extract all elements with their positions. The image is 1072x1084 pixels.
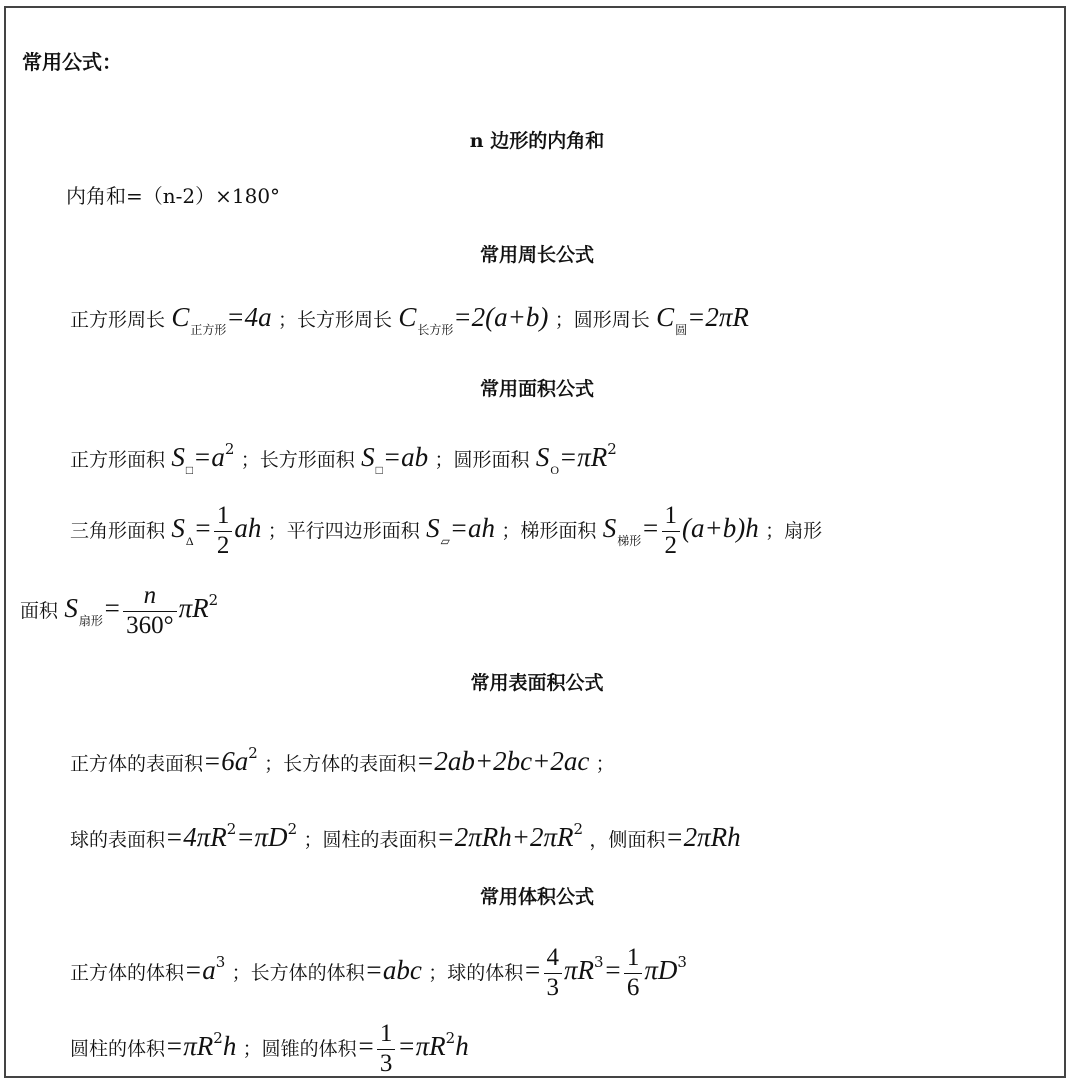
- section-heading-perimeter: 常用周长公式: [6, 246, 1068, 265]
- formula-angle-sum: 内角和=（n-2）×180°: [66, 186, 280, 206]
- formula-line-volume-1: 正方体的体积=a3 ；长方体的体积=abc ；球的体积=43πR3=16πD3: [70, 944, 687, 1003]
- formula-line-area-1: 正方形面积 S□=a2 ；长方形面积 S□=ab ；圆形面积 SO=πR2: [70, 442, 617, 476]
- formula-line-perimeter: 正方形周长 C正方形=4a ；长方形周长 C长方形=2(a+b) ；圆形周长 C…: [70, 304, 749, 336]
- formula-sheet: 常用公式： n 边形的内角和 内角和=（n-2）×180° 常用周长公式 正方形…: [4, 6, 1066, 1078]
- formula-line-area-3: 面积 S扇形=n360°πR2: [20, 582, 218, 641]
- formula-line-surface-1: 正方体的表面积=6a2 ；长方体的表面积=2ab+2bc+2ac ；: [70, 746, 615, 775]
- section-heading-volume: 常用体积公式: [6, 888, 1068, 907]
- formula-line-surface-2: 球的表面积=4πR2=πD2 ；圆柱的表面积=2πRh+2πR2 ，侧面积=2π…: [70, 822, 741, 851]
- section-heading-area: 常用面积公式: [6, 380, 1068, 399]
- section-heading-surface: 常用表面积公式: [6, 674, 1068, 693]
- formula-line-volume-2: 圆柱的体积=πR2h ；圆锥的体积=13=πR2h: [70, 1020, 469, 1079]
- formula-line-area-2: 三角形面积 SΔ=12ah ；平行四边形面积 S▱=ah ；梯形面积 S梯形=1…: [70, 502, 822, 561]
- section-heading-polygon: n 边形的内角和: [6, 132, 1068, 151]
- page-title: 常用公式：: [22, 52, 122, 72]
